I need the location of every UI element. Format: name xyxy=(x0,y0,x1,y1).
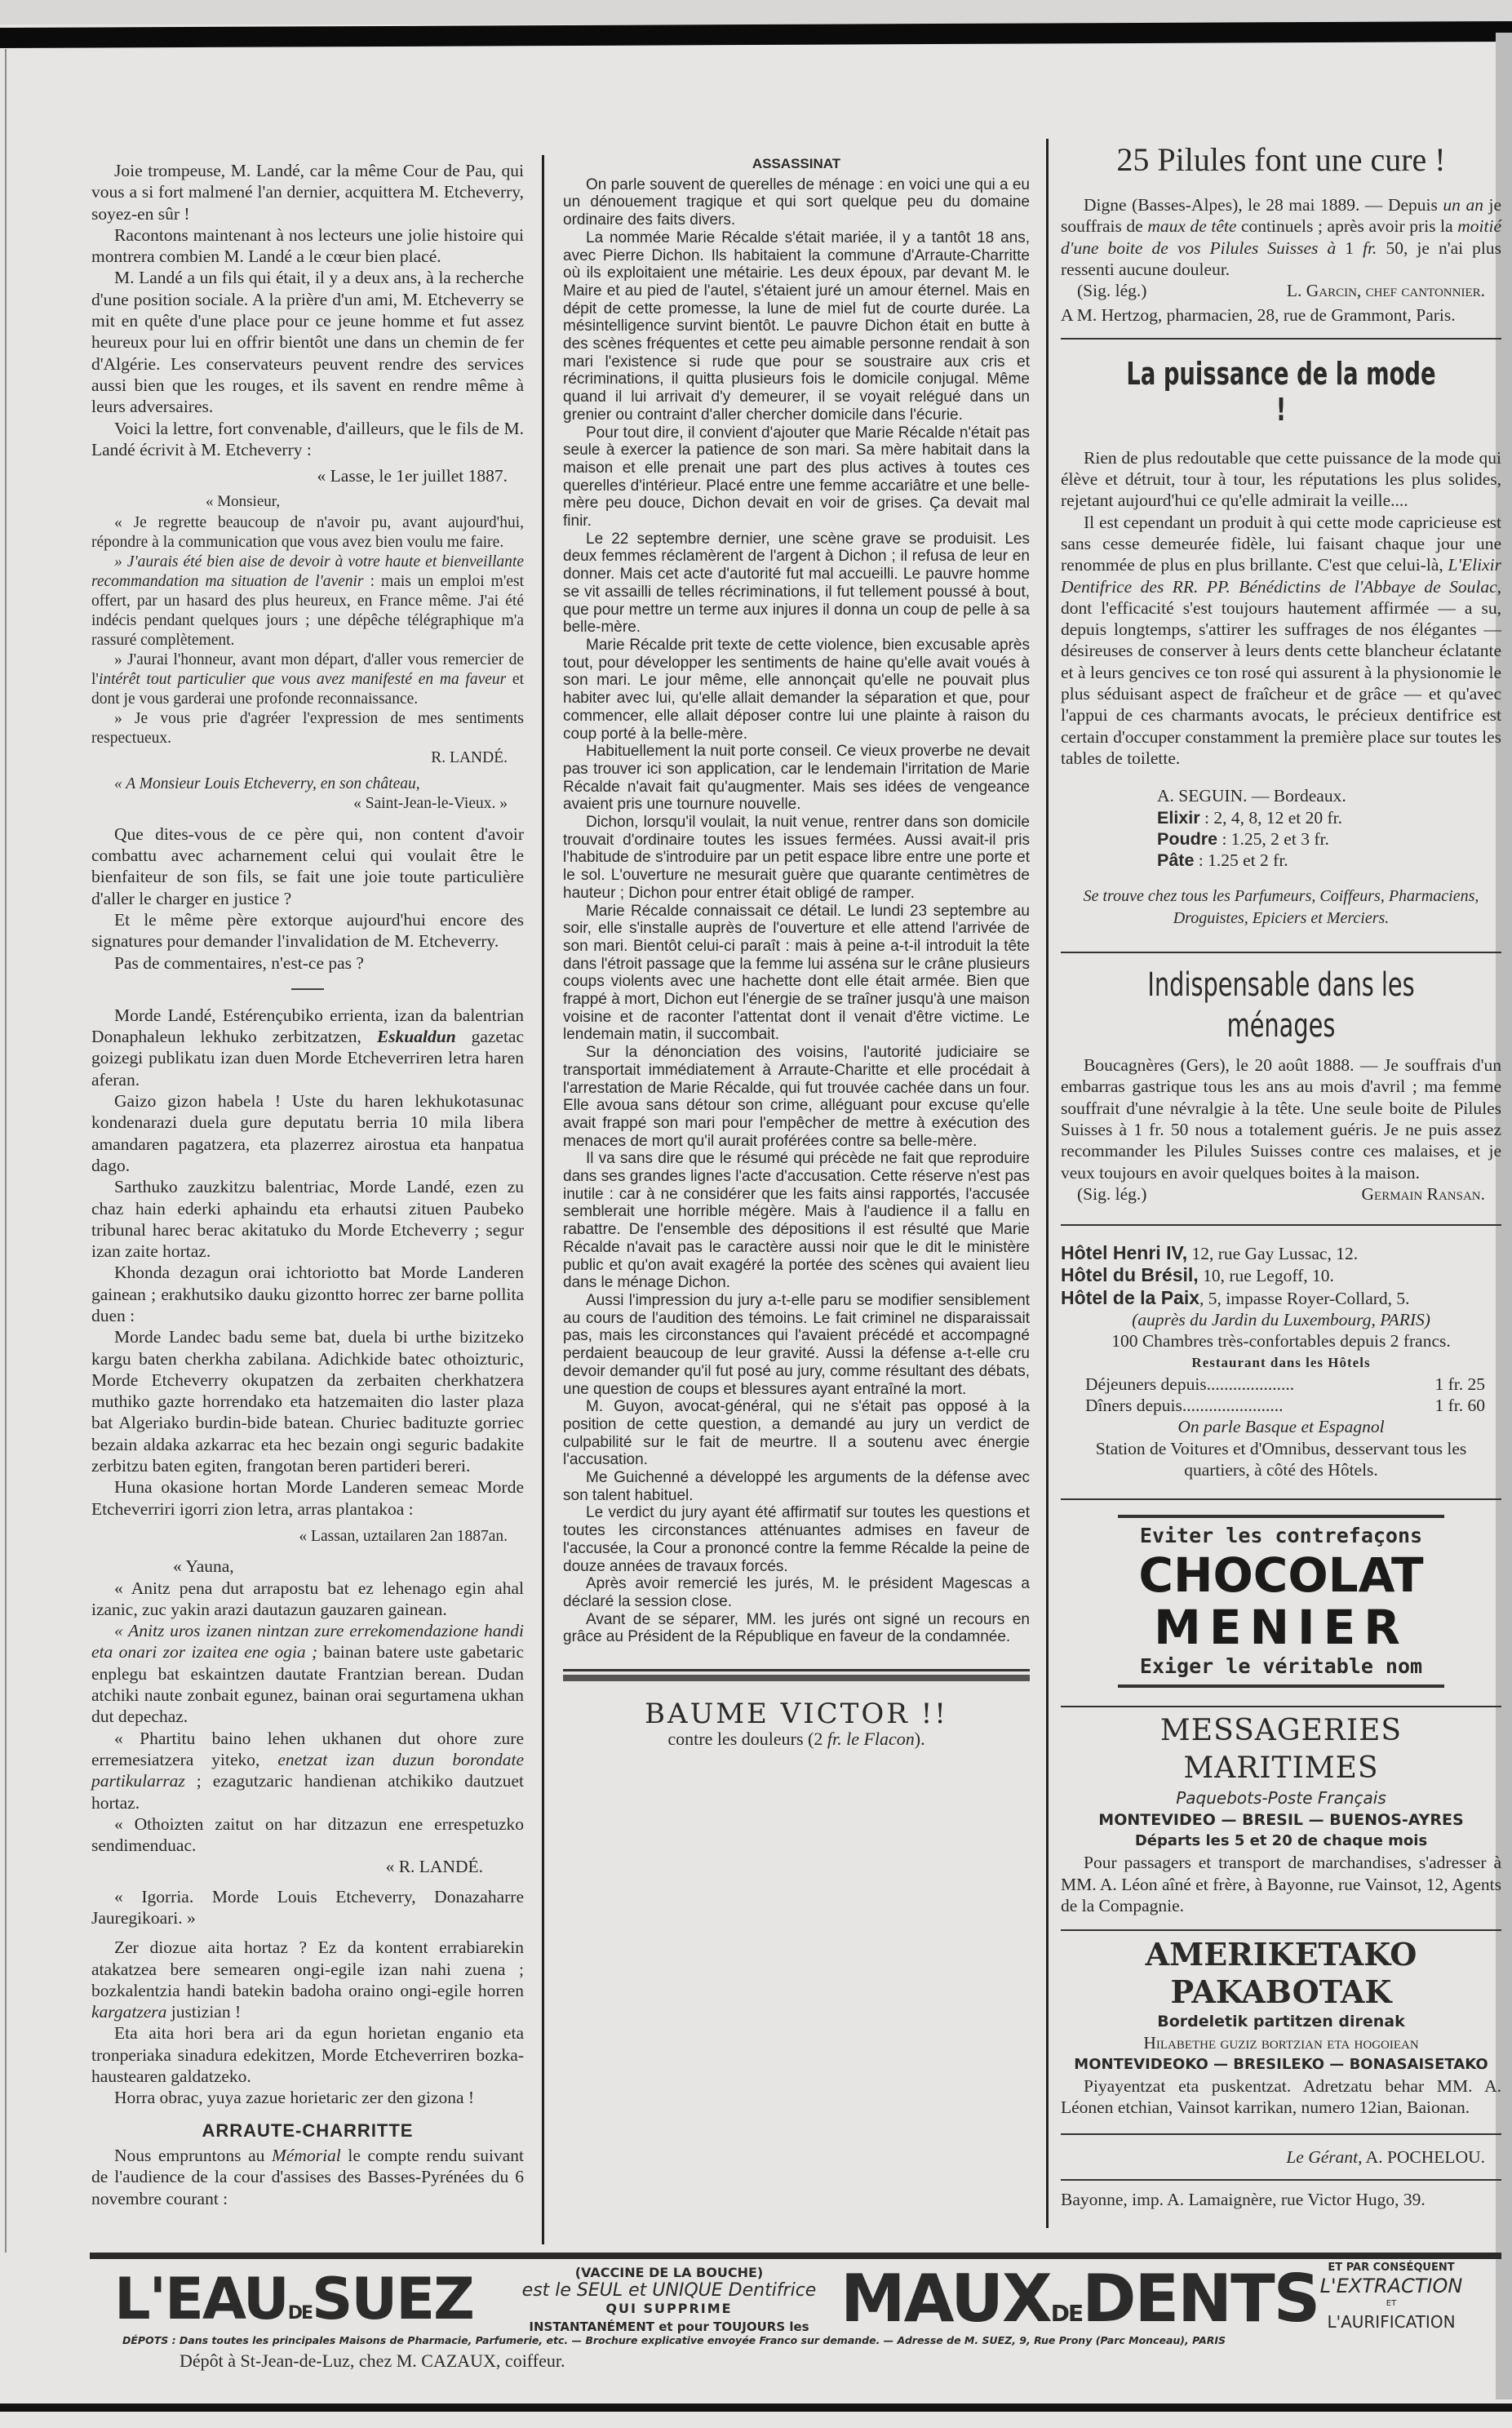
hotel-list: Hôtel Henri IV, 12, rue Gay Lussac, 12.H… xyxy=(1061,1242,1501,1309)
meal-price: 1 fr. 60 xyxy=(1434,1395,1485,1416)
meal-price: 1 fr. 25 xyxy=(1434,1374,1485,1395)
text: Nous empruntons au xyxy=(114,2146,272,2165)
letter-date: « Lasse, le 1er juillet 1887. xyxy=(91,465,508,486)
newspaper-name: Mémorial xyxy=(272,2146,341,2165)
brand-logo: L'EAUDESUEZ xyxy=(114,2266,473,2333)
product-price: : 2, 4, 8, 12 et 20 fr. xyxy=(1200,808,1342,828)
meal-label: Dîners depuis....................... xyxy=(1085,1395,1283,1416)
extraction-block: ET PAR CONSÉQUENT L'EXTRACTION ET L'AURI… xyxy=(1297,2259,1485,2331)
tagline-line: QUI SUPPRIME xyxy=(514,2300,824,2318)
pilules-testimonial: Digne (Basses-Alpes), le 28 mai 1889. — … xyxy=(1061,194,1501,280)
brand-part: SUEZ xyxy=(312,2266,473,2333)
basque-paragraph: Morde Landec badu seme bat, duela bi urt… xyxy=(91,1326,524,1476)
article-paragraph: Le 22 septembre dernier, une scène grave… xyxy=(563,530,1030,637)
signature-legal: (Sig. lég.) xyxy=(1077,280,1146,301)
paragraph: Racontons maintenant à nos lecteurs une … xyxy=(91,224,524,268)
hotel-name: Hôtel de la Paix xyxy=(1061,1287,1199,1308)
basque-paragraph: Gaizo gizon habela ! Uste du haren lekhu… xyxy=(91,1090,524,1176)
basque-paragraph: Morde Landé, Estérençubiko errienta, iza… xyxy=(91,1005,524,1090)
languages-note: On parle Basque et Espagnol xyxy=(1061,1416,1501,1437)
product-label: Elixir xyxy=(1157,808,1200,828)
signature-line: (Sig. lég.) Germain Ransan. xyxy=(1061,1183,1501,1205)
hotel-row: Hôtel Henri IV, 12, rue Gay Lussac, 12. xyxy=(1061,1242,1501,1264)
basque-paragraph: Huna okasione hortan Morde Landeren seme… xyxy=(91,1476,524,1520)
brand-part: DE xyxy=(288,2303,312,2324)
messageries-title: MESSAGERIES MARITIMES xyxy=(1061,1712,1501,1787)
pakabotak-title: AMERIKETAKO PAKABOTAK xyxy=(1061,1936,1501,2011)
letter-salutation: « Monsieur, xyxy=(91,491,524,513)
messageries-routes: MONTEVIDEO — BRESIL — BUENOS-AYRES xyxy=(1061,1809,1501,1831)
chocolat-menier-ad: Eviter les contrefaçons CHOCOLAT MENIER … xyxy=(1118,1515,1444,1688)
hotel-row: Hôtel du Brésil, 10, rue Legoff, 10. xyxy=(1061,1264,1501,1286)
paragraph: Pas de commentaires, n'est-ce pas ? xyxy=(91,952,524,974)
restaurant-title: Restaurant dans les Hôtels xyxy=(1061,1352,1501,1374)
letter-paragraph: « Phartitu baino lehen ukhanen dut ohore… xyxy=(91,1728,524,1813)
divider xyxy=(1061,1224,1501,1226)
tagline-line: INSTANTANÉMENT et pour TOUJOURS les xyxy=(514,2318,824,2336)
letter-signature: « R. LANDÉ. xyxy=(91,1856,483,1877)
divider xyxy=(1061,2179,1501,2181)
article-heading: ASSASSINAT xyxy=(563,155,1030,173)
maux-de-dents-logo: MAUXDEDENTS xyxy=(840,2261,1319,2337)
pakabotak-text: Piyayentzat eta puskentzat. Adretzatu be… xyxy=(1061,2075,1501,2119)
hotel-name: Hôtel du Brésil, xyxy=(1061,1264,1199,1285)
letter-address: « Igorria. Morde Louis Etcheverry, Donaz… xyxy=(91,1886,524,1929)
gerant-line: Le Gérant, A. POCHELOU. xyxy=(1061,2146,1485,2168)
letter-salutation: « Yauna, xyxy=(91,1556,524,1577)
article-paragraph: Pour tout dire, il convient d'ajouter qu… xyxy=(563,424,1030,530)
article-paragraph: Avant de se séparer, MM. les jurés ont s… xyxy=(563,1611,1030,1646)
letter-signature: R. LANDÉ. xyxy=(91,748,508,768)
text: justizian ! xyxy=(166,2002,241,2022)
section-heading: ARRAUTE-CHARRITTE xyxy=(91,2120,524,2142)
basque-paragraph: Khonda dezagun orai ichtoriotto bat Mord… xyxy=(91,1262,524,1326)
article-paragraph: Après avoir remercié les jurés, M. le pr… xyxy=(563,1575,1030,1610)
text: Il est cependant un produit à qui cette … xyxy=(1061,513,1501,575)
choc-top-line: Eviter les contrefaçons xyxy=(1118,1523,1444,1549)
paragraph: M. Landé a un fils qui était, il y a deu… xyxy=(91,267,524,417)
station-note: Station de Voitures et d'Omnibus, desser… xyxy=(1061,1438,1501,1481)
divider xyxy=(1061,1498,1501,1500)
depots-line: DÉPOTS : Dans toutes les principales Mai… xyxy=(122,2334,1226,2346)
choc-brand-line1: CHOCOLAT xyxy=(1118,1549,1444,1601)
signature-line: (Sig. lég.) L. Garcin, chef cantonnier. xyxy=(1061,280,1501,301)
article-paragraph: Sur la dénonciation des voisins, l'autor… xyxy=(563,1044,1030,1150)
tagline-line: L'AURIFICATION xyxy=(1297,2313,1485,2331)
paragraph: Rien de plus redoutable que cette puissa… xyxy=(1061,447,1501,512)
text: , A. POCHELOU. xyxy=(1358,2147,1485,2167)
letter-body: « Je regrette beaucoup de n'avoir pu, av… xyxy=(91,513,524,814)
hotel-name: Hôtel Henri IV, xyxy=(1061,1242,1187,1263)
letter-paragraph: » Je vous prie d'agréer l'expression de … xyxy=(91,709,524,748)
letter-paragraph: » J'aurais été bien aise de devoir à vot… xyxy=(91,553,524,650)
italic-text: fr. xyxy=(1363,238,1377,258)
meal-row: Déjeuners depuis....................1 fr… xyxy=(1061,1374,1501,1395)
meal-row: Dîners depuis.......................1 fr… xyxy=(1061,1395,1501,1416)
tagline-line: (VACCINE DE LA BOUCHE) xyxy=(514,2264,824,2282)
pilules-address: A M. Hertzog, pharmacien, 28, rue de Gra… xyxy=(1061,304,1501,326)
ad-separator xyxy=(563,1669,1030,1681)
italic-text: kargatzera xyxy=(91,2002,166,2022)
pilules-ad-title: 25 Pilules font une cure ! xyxy=(1061,139,1501,181)
price-row: Elixir : 2, 4, 8, 12 et 20 fr. xyxy=(1157,807,1501,828)
article-paragraph: M. Guyon, avocat-général, qui ne s'était… xyxy=(563,1398,1030,1469)
column-rule-1 xyxy=(542,155,544,2244)
text: Digne (Basses-Alpes), le 28 mai 1889. — … xyxy=(1084,195,1443,215)
letter-place: « Saint-Jean-le-Vieux. » xyxy=(91,794,508,814)
column-left-article: Joie trompeuse, M. Landé, car la même Co… xyxy=(91,160,524,2209)
basque-paragraph: Sarthuko zauzkitzu balentriac, Morde Lan… xyxy=(91,1176,524,1262)
italic-text: maux de tête xyxy=(1147,216,1236,236)
imprint-line: Bayonne, imp. A. Lamaignère, rue Victor … xyxy=(1061,2189,1501,2210)
hotels-location: (auprès du Jardin du Luxembourg, PARIS) xyxy=(1061,1309,1501,1330)
article-paragraph: Marie Récalde prit texte de cette violen… xyxy=(563,637,1030,743)
paragraph: Il est cependant un produit à qui cette … xyxy=(1061,512,1501,770)
paragraph: Et le même père extorque aujourd'hui enc… xyxy=(91,909,524,952)
top-border-bar xyxy=(0,21,1512,48)
column-middle-article: ASSASSINAT On parle souvent de querelles… xyxy=(563,155,1030,1748)
mode-ad-title: La puissance de la mode ! xyxy=(1061,356,1501,428)
letter-paragraph: « Othoizten zaitut on har ditzazun ene e… xyxy=(91,1813,524,1857)
basque-paragraph: Eta aita hori bera ari da egun horietan … xyxy=(91,2022,524,2087)
divider xyxy=(1061,1706,1501,1707)
paragraph: Voici la lettre, fort convenable, d'aill… xyxy=(91,418,524,461)
letter-date: « Lassan, uztailaren 2an 1887an. xyxy=(91,1526,508,1547)
italic-text: intérêt tout particulier que vous avez m… xyxy=(99,671,506,688)
choc-brand-line2: MENIER xyxy=(1118,1601,1444,1653)
logo-word: DENTS xyxy=(1082,2261,1319,2337)
messageries-subtitle: Paquebots-Poste Français xyxy=(1061,1787,1501,1809)
text: 1 xyxy=(1336,238,1363,258)
brand-part: L'EAU xyxy=(114,2266,288,2333)
tagline-line: ET xyxy=(1297,2295,1485,2313)
divider xyxy=(1061,1929,1501,1931)
section-separator xyxy=(291,988,324,990)
bottom-border-bar xyxy=(0,2404,1512,2412)
price-row: Poudre : 1.25, 2 et 3 fr. xyxy=(1157,828,1501,850)
tagline-block: (VACCINE DE LA BOUCHE) est le SEUL et UN… xyxy=(514,2264,824,2336)
pakabotak-schedule: Hilabethe guziz bortzian eta hogoiean xyxy=(1061,2032,1501,2053)
paragraph: Joie trompeuse, M. Landé, car la même Co… xyxy=(91,160,524,224)
meal-prices: Déjeuners depuis....................1 fr… xyxy=(1061,1374,1501,1417)
text: , dont l'efficacité s'est toujours haute… xyxy=(1061,577,1501,768)
product-price: : 1.25 et 2 fr. xyxy=(1194,850,1288,870)
tagline-line: est le SEUL et UNIQUE Dentifrice xyxy=(514,2282,824,2300)
italic-text: fr. le Flacon xyxy=(827,1729,915,1749)
price-list: A. SEGUIN. — Bordeaux. Elixir : 2, 4, 8,… xyxy=(1061,785,1501,871)
local-depot-line: Dépôt à St-Jean-de-Luz, chez M. CAZAUX, … xyxy=(180,2350,565,2372)
article-paragraph: On parle souvent de querelles de ménage … xyxy=(563,176,1030,229)
hotel-row: Hôtel de la Paix, 5, impasse Royer-Colla… xyxy=(1061,1287,1501,1309)
article-paragraph: Habituellement la nuit porte conseil. Ce… xyxy=(563,743,1030,814)
page-top-margin xyxy=(0,0,1512,24)
letter-paragraph: « Anitz uros izanen nintzan zure errekom… xyxy=(91,1620,524,1727)
hotel-address: 10, rue Legoff, 10. xyxy=(1199,1266,1334,1285)
price-row: Pâte : 1.25 et 2 fr. xyxy=(1157,850,1501,871)
logo-word: DE xyxy=(1051,2300,1082,2327)
product-label: Pâte xyxy=(1157,850,1194,870)
article-paragraph: Marie Récalde connaissait ce détail. Le … xyxy=(563,903,1030,1045)
signature-legal: (Sig. lég.) xyxy=(1077,1183,1146,1205)
divider xyxy=(1061,338,1501,340)
signature-name: Germain Ransan. xyxy=(1362,1183,1485,1205)
pakabotak-subtitle: Bordeletik partitzen direnak xyxy=(1061,2011,1501,2032)
italic-text: un an xyxy=(1443,195,1483,215)
hotel-address: , 5, impasse Royer-Collard, 5. xyxy=(1199,1289,1410,1308)
text: contre les douleurs (2 xyxy=(667,1729,827,1749)
paragraph: Nous empruntons au Mémorial le compte re… xyxy=(91,2145,524,2209)
column-rule-2 xyxy=(1046,139,1049,2228)
choc-bottom-line: Exiger le véritable nom xyxy=(1118,1653,1444,1680)
article-body: On parle souvent de querelles de ménage … xyxy=(563,176,1030,1646)
newspaper-name: Eskualdun xyxy=(377,1027,456,1046)
seller-name: A. SEGUIN. — Bordeaux. xyxy=(1157,785,1501,806)
hotel-address: 12, rue Gay Lussac, 12. xyxy=(1187,1244,1358,1263)
tagline-line: L'EXTRACTION xyxy=(1297,2277,1485,2295)
letter-paragraph: « Anitz pena dut arrapostu bat ez lehena… xyxy=(91,1578,524,1621)
baume-victor-subtitle: contre les douleurs (2 fr. le Flacon). xyxy=(563,1730,1030,1748)
messageries-text: Pour passagers et transport de marchandi… xyxy=(1061,1852,1501,1916)
availability-note: Se trouve chez tous les Parfumeurs, Coif… xyxy=(1061,886,1501,929)
divider xyxy=(1061,2133,1501,2135)
menages-ad-title: Indispensable dans les ménages xyxy=(1061,965,1501,1046)
product-price: : 1.25, 2 et 3 fr. xyxy=(1217,829,1329,849)
letter-paragraph: « Je regrette beaucoup de n'avoir pu, av… xyxy=(91,513,524,553)
text: continuels ; après avoir pris la xyxy=(1236,216,1457,236)
title-text: Indispensable dans les ménages xyxy=(1123,965,1440,1046)
article-paragraph: Aussi l'impression du jury a-t-elle paru… xyxy=(563,1292,1030,1398)
logo-word: MAUX xyxy=(840,2261,1051,2337)
pakabotak-routes: MONTEVIDEOKO — BRESILEKO — BONASAISETAKO xyxy=(1061,2054,1501,2075)
article-paragraph: La nommée Marie Récalde s'était mariée, … xyxy=(563,229,1030,424)
eau-de-suez-banner: L'EAUDESUEZ (VACCINE DE LA BOUCHE) est l… xyxy=(90,2253,1501,2365)
letter-address: « A Monsieur Louis Etcheverry, en son ch… xyxy=(91,775,524,794)
letter-paragraph: » J'aurai l'honneur, avant mon départ, d… xyxy=(91,650,524,709)
divider xyxy=(1061,952,1501,953)
column-right-ads: 25 Pilules font une cure ! Digne (Basses… xyxy=(1061,139,1501,2210)
basque-letter-body: « Anitz pena dut arrapostu bat ez lehena… xyxy=(91,1578,524,1929)
text: ). xyxy=(915,1729,925,1749)
messageries-departures: Départs les 5 et 20 de chaque mois xyxy=(1061,1831,1501,1852)
article-paragraph: Me Guichenné a développé les arguments d… xyxy=(563,1469,1030,1504)
basque-paragraph: Zer diozue aita hortaz ? Ez da kontent e… xyxy=(91,1937,524,2022)
article-paragraph: Dichon, lorsqu'il voulait, la nuit venue… xyxy=(563,814,1030,903)
text: Zer diozue aita hortaz ? Ez da kontent e… xyxy=(91,1938,524,2000)
baume-victor-title: BAUME VICTOR !! xyxy=(563,1698,1030,1730)
meal-label: Déjeuners depuis.................... xyxy=(1085,1374,1294,1395)
article-paragraph: Le verdict du jury ayant été affirmatif … xyxy=(563,1504,1030,1575)
italic-text: Le Gérant xyxy=(1286,2147,1358,2167)
paragraph: Que dites-vous de ce père qui, non conte… xyxy=(91,823,524,909)
left-margin-rule xyxy=(5,49,7,2253)
signature-name: L. Garcin, chef cantonnier. xyxy=(1287,280,1485,301)
title-text: La puissance de la mode ! xyxy=(1123,356,1440,428)
product-label: Poudre xyxy=(1157,829,1217,849)
hotels-rooms: 100 Chambres très-confortables depuis 2 … xyxy=(1061,1330,1501,1352)
article-paragraph: Il va sans dire que le résumé qui précèd… xyxy=(563,1150,1030,1292)
menages-testimonial: Boucagnères (Gers), le 20 août 1888. — J… xyxy=(1061,1054,1501,1183)
basque-paragraph: Horra obrac, yuya zazue horietaric zer d… xyxy=(91,2087,524,2108)
